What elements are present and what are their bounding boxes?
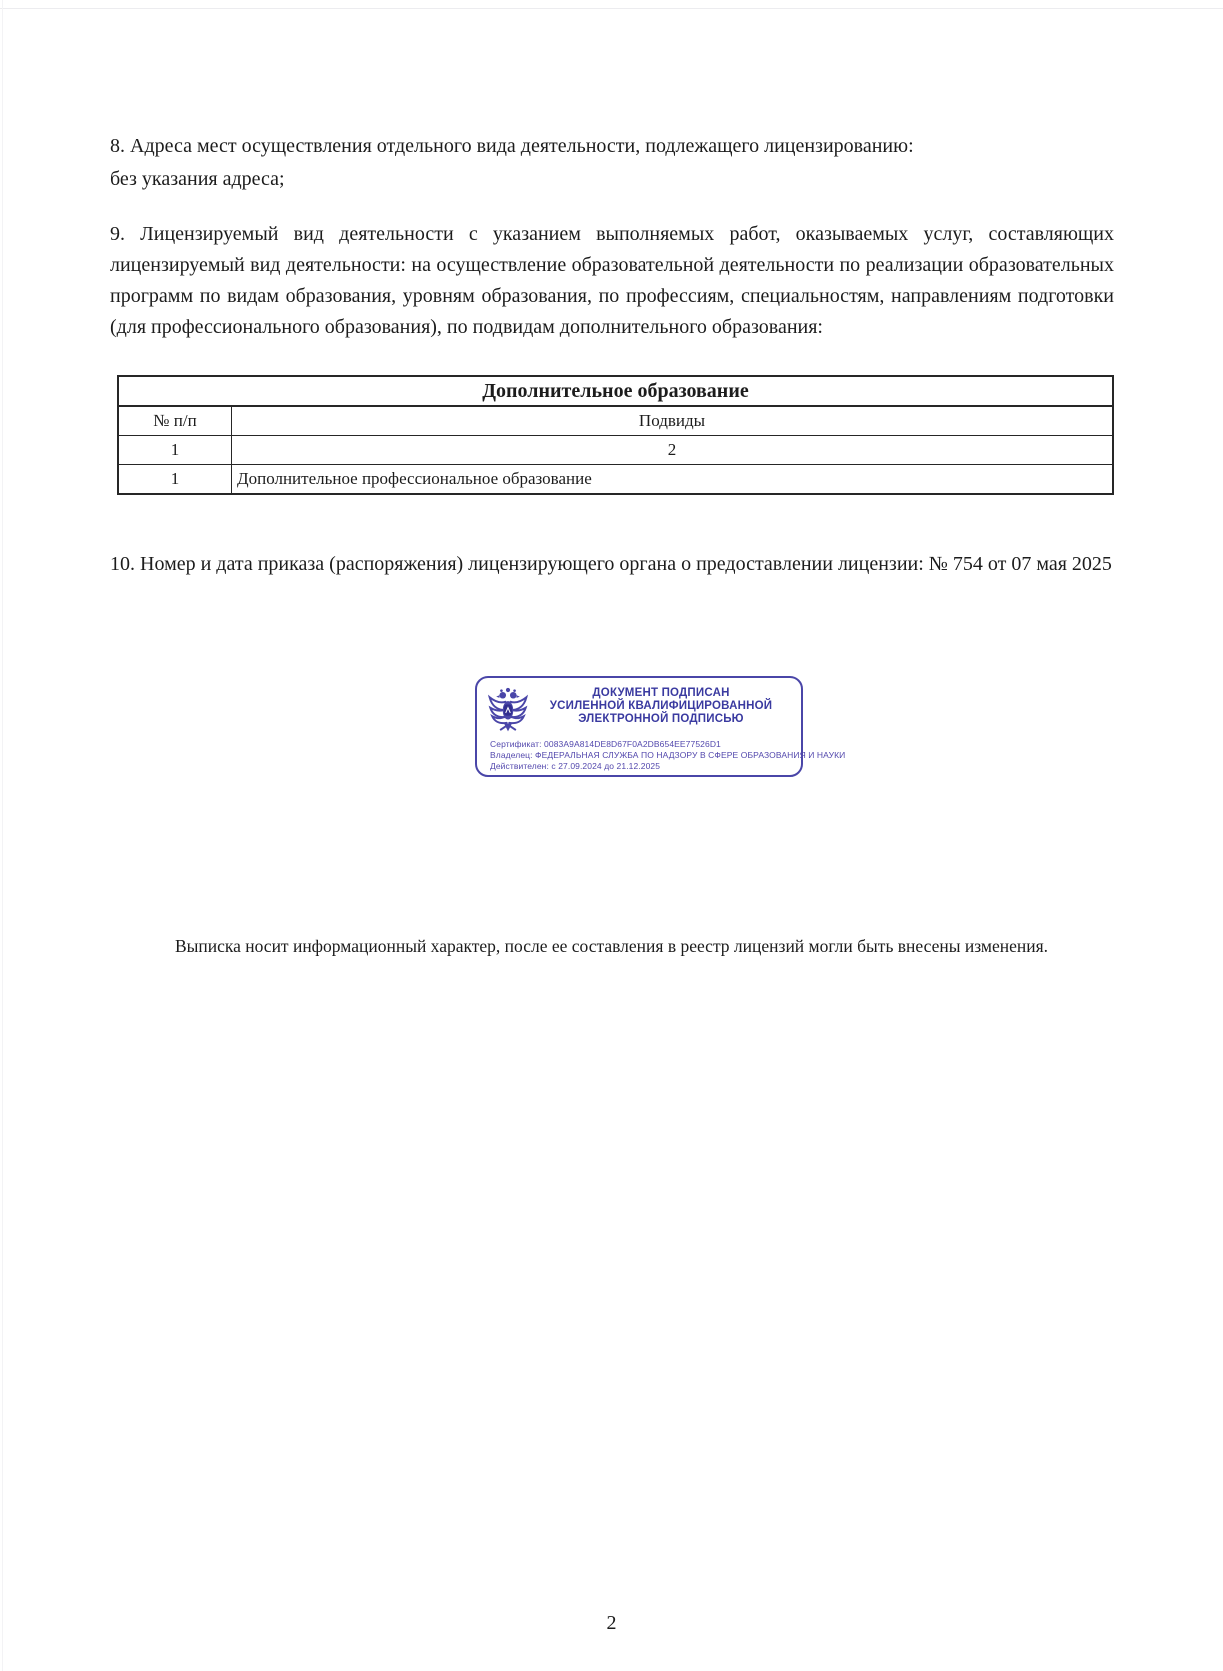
table-cell: Дополнительное профессиональное образова… — [232, 465, 1114, 495]
table-row: 1 Дополнительное профессиональное образо… — [118, 465, 1113, 495]
stamp-top: ДОКУМЕНТ ПОДПИСАН УСИЛЕННОЙ КВАЛИФИЦИРОВ… — [477, 678, 801, 736]
additional-education-table: Дополнительное образование № п/п Подвиды… — [117, 375, 1114, 495]
stamp-heading-line3: ЭЛЕКТРОННОЙ ПОДПИСЬЮ — [529, 713, 793, 726]
table-row: 1 2 — [118, 436, 1113, 465]
stamp-certificate: Сертификат: 0083A9A814DE8D67F0A2DB654EE7… — [490, 739, 793, 750]
page-number: 2 — [0, 1612, 1223, 1635]
section-item10: 10. Номер и дата приказа (распоряжения) … — [110, 549, 1114, 580]
stamp-heading-line2: УСИЛЕННОЙ КВАЛИФИЦИРОВАННОЙ — [529, 700, 793, 713]
section-item9: 9. Лицензируемый вид деятельности с указ… — [110, 219, 1114, 343]
table-title: Дополнительное образование — [118, 376, 1113, 406]
footer-note: Выписка носит информационный характер, п… — [0, 936, 1223, 957]
item10-text: 10. Номер и дата приказа (распоряжения) … — [110, 549, 1114, 580]
stamp-owner: Владелец: ФЕДЕРАЛЬНАЯ СЛУЖБА ПО НАДЗОРУ … — [490, 750, 793, 761]
table-header-row: № п/п Подвиды — [118, 406, 1113, 436]
table-title-row: Дополнительное образование — [118, 376, 1113, 406]
item9-text: 9. Лицензируемый вид деятельности с указ… — [110, 219, 1114, 343]
stamp-meta: Сертификат: 0083A9A814DE8D67F0A2DB654EE7… — [477, 736, 801, 772]
document-page: 8. Адреса мест осуществления отдельного … — [0, 0, 1223, 1671]
item8-text: 8. Адреса мест осуществления отдельного … — [110, 130, 1113, 163]
digital-signature-stamp: ДОКУМЕНТ ПОДПИСАН УСИЛЕННОЙ КВАЛИФИЦИРОВ… — [475, 676, 803, 777]
table-cell: 1 — [118, 436, 232, 465]
table-cell: 1 — [118, 465, 232, 495]
section-item8: 8. Адреса мест осуществления отдельного … — [110, 130, 1113, 196]
stamp-heading: ДОКУМЕНТ ПОДПИСАН УСИЛЕННОЙ КВАЛИФИЦИРОВ… — [529, 685, 793, 726]
coat-of-arms-icon — [487, 686, 529, 736]
stamp-heading-line1: ДОКУМЕНТ ПОДПИСАН — [529, 687, 793, 700]
item8-subtext: без указания адреса; — [110, 163, 1113, 196]
table-header-num: № п/п — [118, 406, 232, 436]
table-header-podvidy: Подвиды — [232, 406, 1114, 436]
stamp-validity: Действителен: с 27.09.2024 до 21.12.2025 — [490, 761, 793, 772]
table-cell: 2 — [232, 436, 1114, 465]
page-left-edge — [2, 0, 3, 1671]
page-top-edge — [0, 8, 1223, 9]
